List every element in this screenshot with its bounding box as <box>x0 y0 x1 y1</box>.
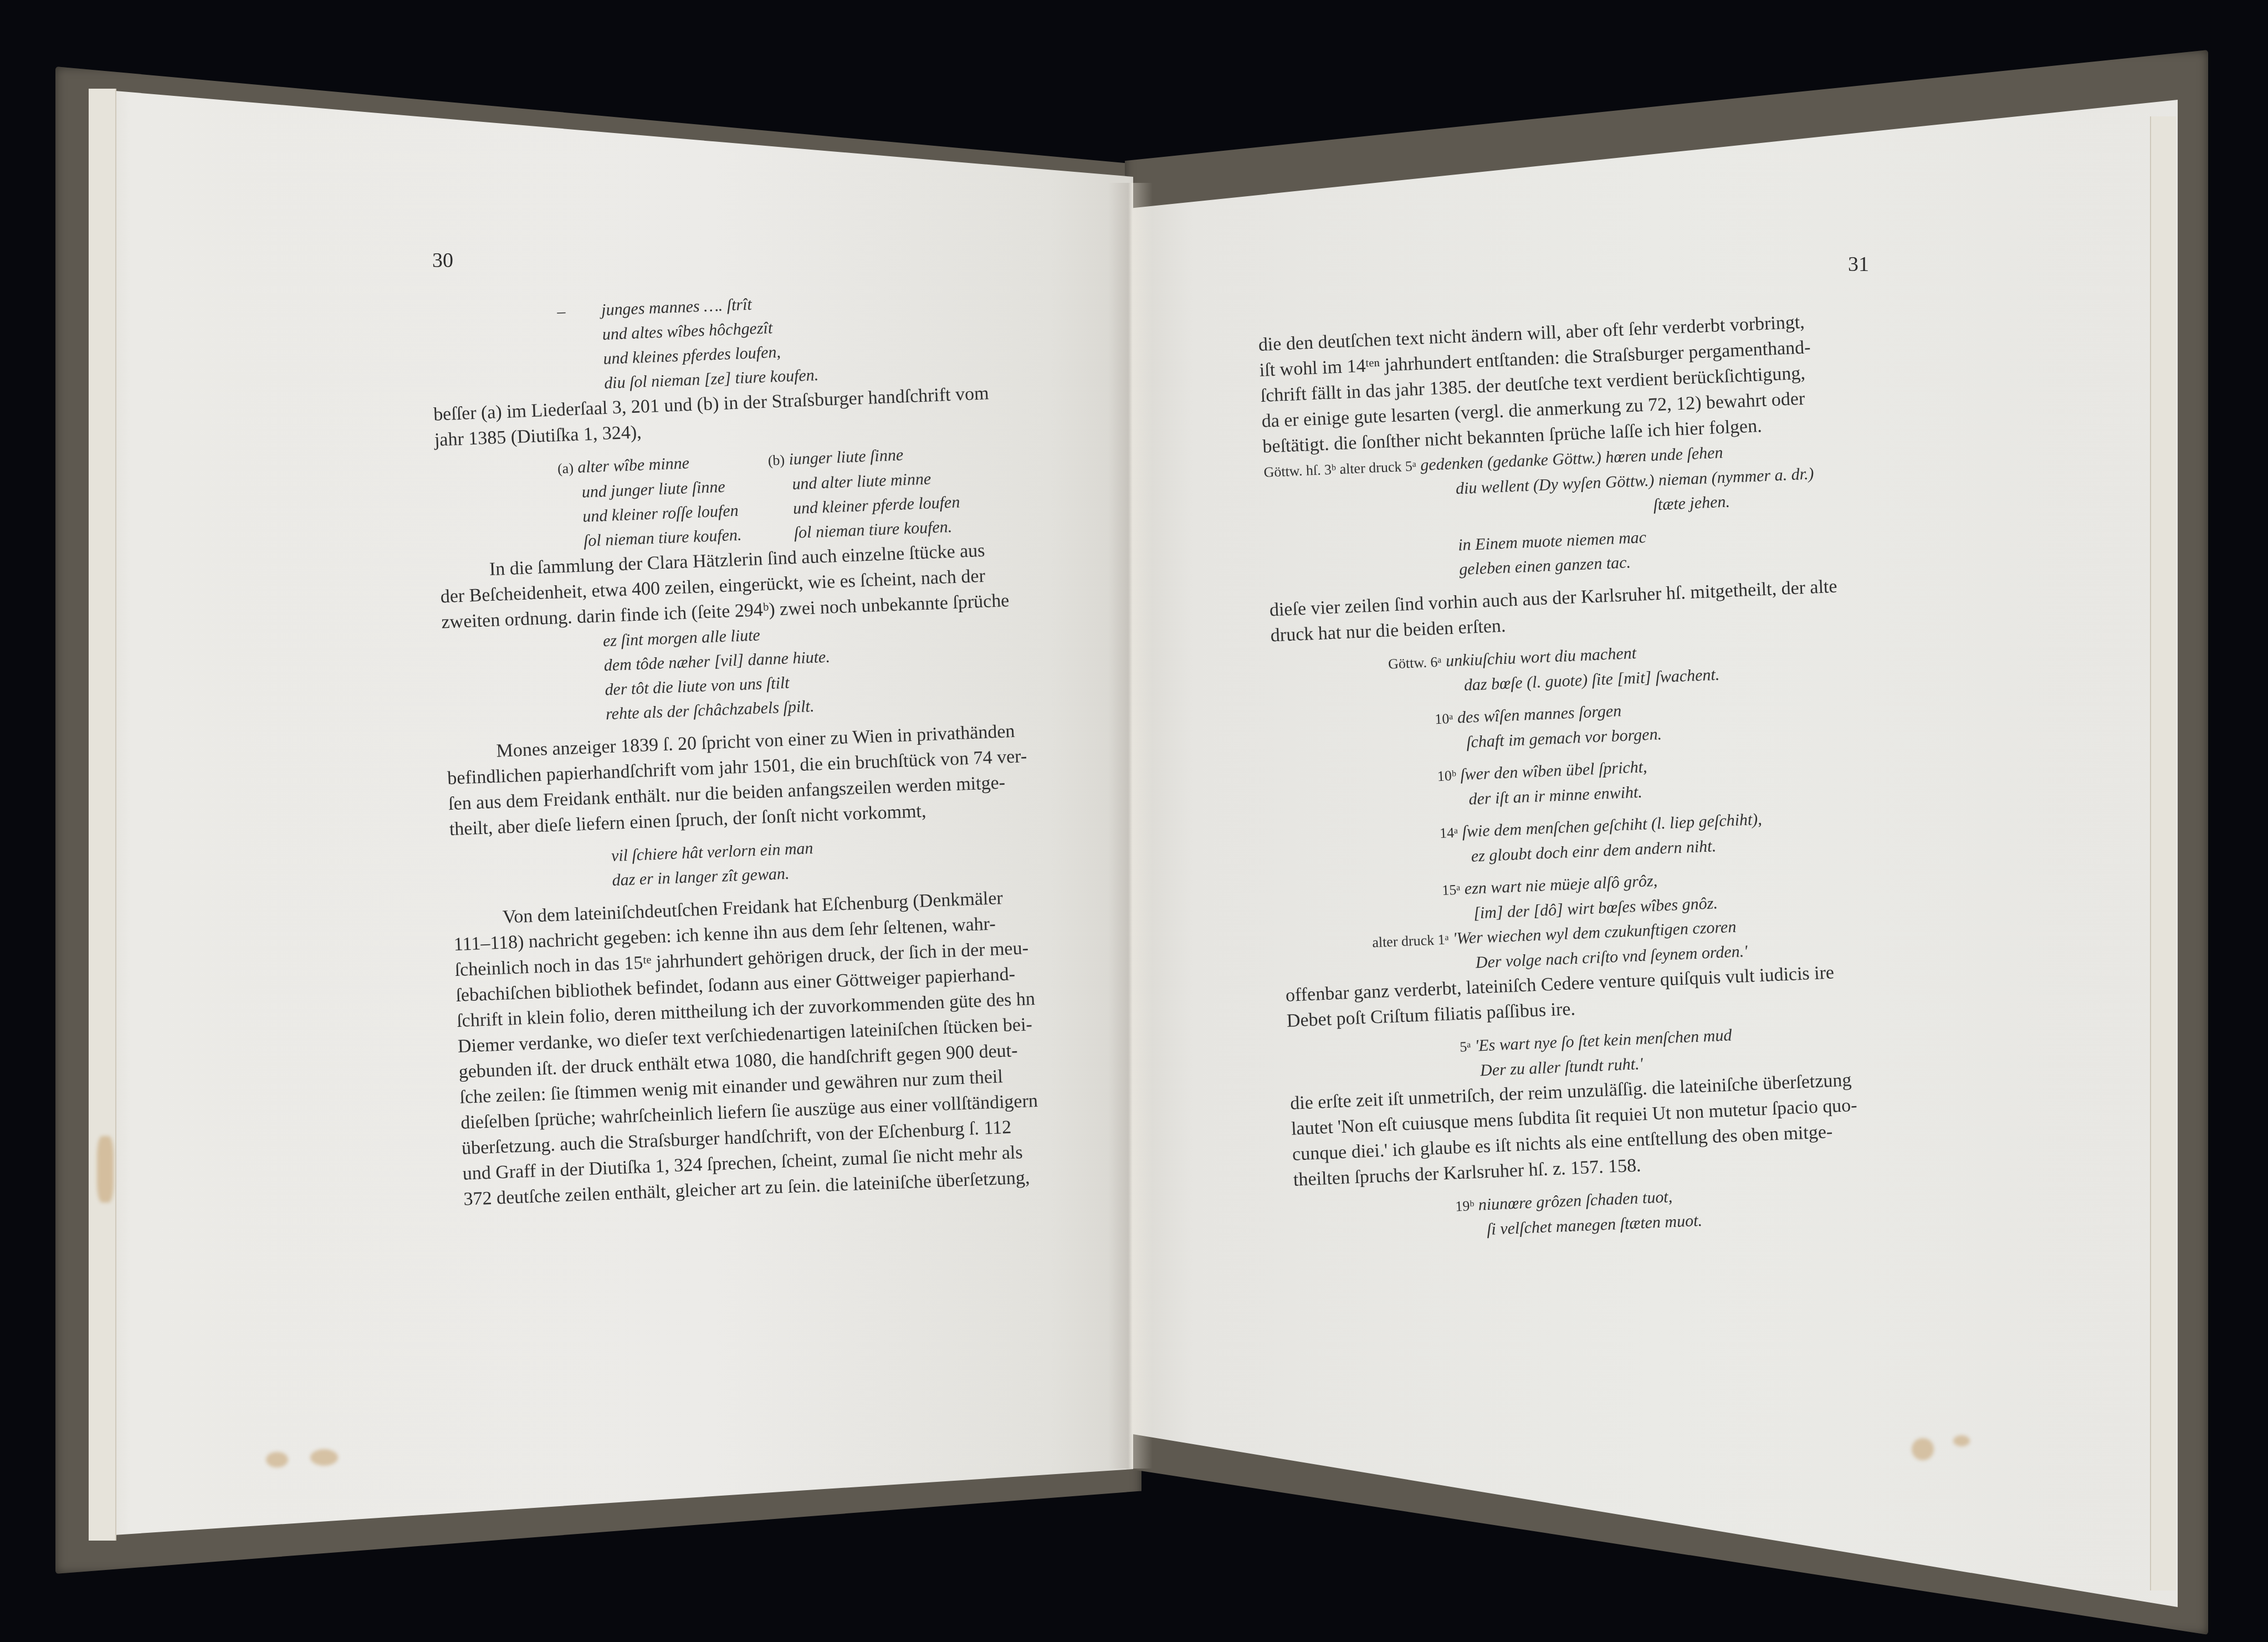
paragraph: Von dem lateiniſchdeutſchen Freidank hat… <box>452 883 1089 1213</box>
entry-label: 15ᵃ <box>1442 882 1461 898</box>
verse-line: ezn wart nie müeje alſô grôz, <box>1464 872 1657 898</box>
foxing-spot <box>1912 1438 1934 1460</box>
verse-entries: Göttw. 6ᵃ unkiuſchiu wort diu machent da… <box>1271 631 1900 983</box>
entry-label: Göttw. 6ᵃ <box>1388 654 1442 672</box>
entry-label: 10ᵇ <box>1437 768 1456 784</box>
right-page-edges <box>2150 116 2176 1590</box>
verse-dash: – <box>556 300 566 325</box>
right-page-text: die den deutſchen text nicht ändern will… <box>1258 307 1911 1250</box>
verse-line: iunger liute ſinne <box>789 446 904 468</box>
left-page-text: – junges mannes …. ſtrît und altes wîbes… <box>427 214 1090 1213</box>
entry-label: 5ᵃ <box>1460 1039 1471 1055</box>
entry-label: 19ᵇ <box>1455 1198 1475 1214</box>
verse-label: (b) <box>767 452 785 469</box>
verse-line: unkiuſchiu wort diu machent <box>1445 644 1636 670</box>
entry-label: alter druck 1ᵃ <box>1372 932 1450 951</box>
left-page-edges <box>89 89 116 1541</box>
entry-label: Göttw. hſ. 3ᵇ alter druck 5ᵃ <box>1263 458 1417 480</box>
entry-label: 14ᵃ <box>1440 825 1458 841</box>
foxing-spot <box>1953 1435 1970 1446</box>
verse-line: ſwer den wîben übel ſpricht, <box>1460 758 1648 784</box>
foxing-stain <box>97 1136 114 1203</box>
foxing-spot <box>266 1452 288 1467</box>
page-number-right: 31 <box>1848 252 1869 277</box>
verse-line: des wîſen mannes ſorgen <box>1457 702 1621 727</box>
verse-label: (a) <box>557 460 574 477</box>
foxing-spot <box>310 1449 338 1466</box>
verse-line: niunœre grôzen ſchaden tuot, <box>1478 1188 1673 1214</box>
paragraph: die den deutſchen text nicht ändern will… <box>1258 307 1878 460</box>
verse-line: alter wîbe minne <box>577 454 690 477</box>
entry-label: 10ᵃ <box>1435 710 1453 727</box>
book-gutter <box>1108 183 1153 1469</box>
